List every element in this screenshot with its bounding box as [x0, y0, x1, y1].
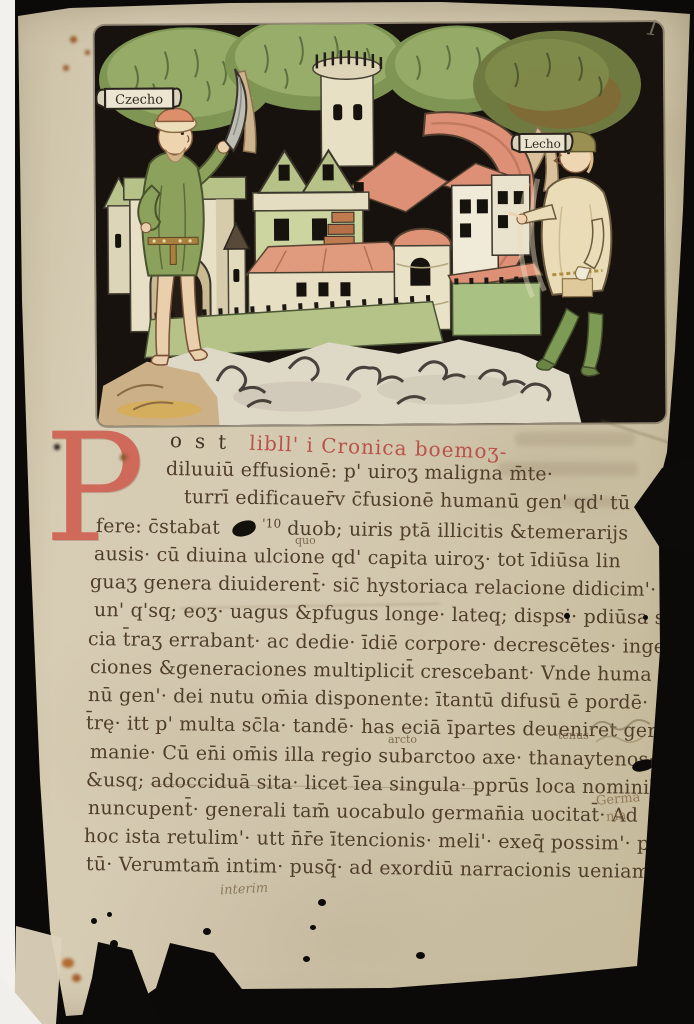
rust-stain — [85, 50, 90, 55]
ink-speck — [54, 444, 60, 450]
rust-stain — [63, 65, 69, 71]
text-line: fere: c̄stabat'10duob; uiris ptā illicit… — [96, 514, 629, 544]
rust-stain — [70, 36, 77, 43]
text-line: nū gen'· dei nutu om̄ia disponente: ītan… — [88, 684, 649, 714]
rust-stain — [62, 958, 74, 968]
text-line: ciones &generaciones multiplicit̄ cresce… — [90, 656, 652, 686]
right-houses — [444, 163, 543, 288]
wormhole — [91, 918, 97, 924]
wormhole — [564, 613, 570, 619]
wormhole — [303, 956, 310, 962]
superscript-note: '10 — [262, 516, 281, 530]
parchment-page: Czecho — [0, 0, 694, 1024]
interlinear-gloss: quo — [295, 534, 316, 547]
wormhole — [318, 899, 326, 906]
text-line: diluuiū effusionē: p' uiroʒ maligna m̄te… — [166, 458, 553, 485]
banner-czecho: Czecho — [96, 88, 181, 109]
banner-lecho-label: Lecho — [524, 137, 561, 151]
margin-scribble — [582, 702, 662, 752]
text-line: hoc ista retulim'· utt n̄r̄e ītencionis·… — [84, 825, 690, 855]
text-line: turrī edificauer̄v c̄fusionē humanū gen'… — [184, 486, 631, 514]
miniature-panel: Czecho — [95, 22, 666, 426]
wormhole — [104, 950, 113, 959]
rust-stain — [72, 974, 81, 982]
text-line: tū· Verumtam̄ intim· pusq̄· ad exordiū n… — [86, 853, 662, 883]
wormhole — [110, 940, 118, 948]
initial-letter-p: P — [44, 414, 145, 564]
ink-blot — [231, 519, 257, 538]
margin-note-germania: nia — [605, 808, 627, 825]
wormhole — [107, 912, 112, 917]
gloss-interim: interim — [220, 881, 269, 898]
text-line: nuncupent̄· generali tam̄ uocabulo germa… — [88, 797, 638, 827]
wormhole — [416, 952, 425, 959]
text-line: cia t̄raʒ errabant· ac dedie· īdiē corpo… — [88, 628, 694, 659]
wormhole — [643, 615, 648, 620]
banner-czecho-label: Czecho — [115, 93, 163, 108]
text-line: guaʒ genera diuiderent̄· sic̄ hystoriaca… — [90, 571, 657, 601]
round-turret — [313, 50, 382, 166]
manuscript-scan: Czecho — [0, 0, 694, 1024]
interlinear-gloss: arcto — [388, 733, 417, 746]
text-line: manie· Cū en̄i om̄is illa regio subarcto… — [90, 741, 655, 771]
text-line-part: duob; uiris ptā illicitis &temerarijs — [287, 518, 628, 545]
ghost-text-smudge — [515, 432, 635, 446]
wormhole — [186, 969, 196, 977]
rust-stain — [120, 454, 127, 461]
text-line: ausis· cū diuina ulcione qd' capita uiro… — [94, 543, 621, 572]
rubric-opening: ost — [170, 428, 240, 454]
banner-lecho: Lecho — [512, 134, 573, 152]
wormhole — [310, 925, 316, 930]
miniature-art: Czecho — [95, 22, 666, 426]
text-line-part: fere: c̄stabat — [96, 515, 220, 539]
scanner-background — [0, 0, 15, 1024]
wormhole — [203, 928, 211, 935]
